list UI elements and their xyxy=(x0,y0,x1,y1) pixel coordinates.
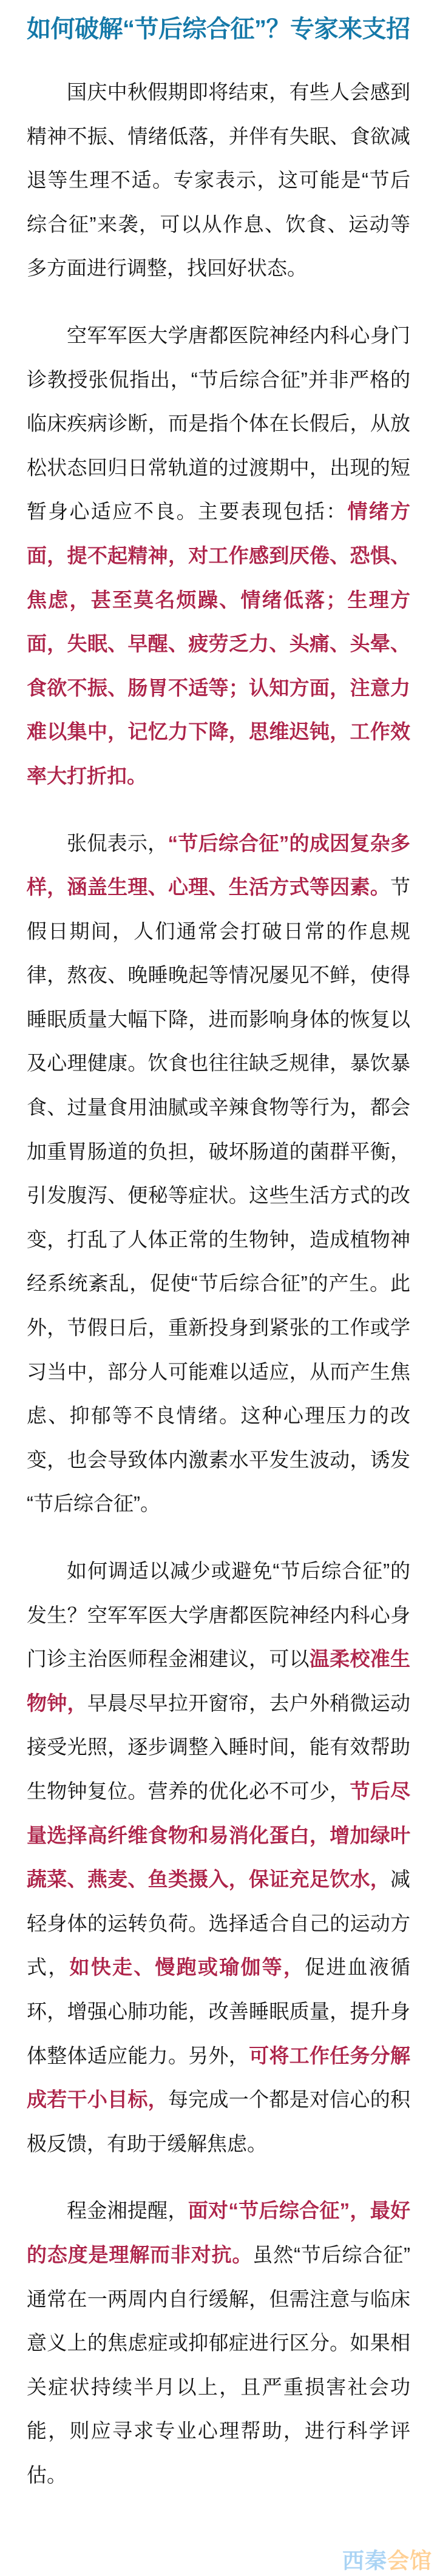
paragraph-reminder: 程金湘提醒，面对“节后综合征”，最好的态度是理解而非对抗。虽然“节后综合征”通常… xyxy=(27,2189,410,2497)
watermark-blue-text: 西秦 xyxy=(342,2548,387,2573)
text-run: 国庆中秋假期即将结束，有些人会感到精神不振、情绪低落，并伴有失眠、食欲减退等生理… xyxy=(27,81,410,279)
highlighted-text-run: 情绪方面，提不起精神，对工作感到厌倦、恐惧、焦虑，甚至莫名烦躁、情绪低落；生理方… xyxy=(27,500,410,787)
watermark-orange-text: 会馆 xyxy=(387,2548,432,2573)
text-run: 节假日期间，人们通常会打破日常的作息规律，熬夜、晚睡晚起等情况屡见不鲜，使得睡眠… xyxy=(27,876,410,1515)
watermark: 西秦会馆 xyxy=(342,2544,432,2575)
text-run: 虽然“节后综合征”通常在一两周内自行缓解，但需注意与临床意义上的焦虑症或抑郁症进… xyxy=(27,2243,410,2486)
text-run: 张侃表示， xyxy=(67,832,168,854)
text-run: 程金湘提醒， xyxy=(67,2199,188,2222)
paragraph-symptoms: 空军军医大学唐都医院神经内科心身门诊教授张侃指出，“节后综合征”并非严格的临床疾… xyxy=(27,314,410,799)
article-title: 如何破解“节后综合征”？专家来支招 xyxy=(27,13,410,45)
highlighted-text-run: 如快走、慢跑或瑜伽等， xyxy=(69,1956,305,1978)
paragraph-intro: 国庆中秋假期即将结束，有些人会感到精神不振、情绪低落，并伴有失眠、食欲减退等生理… xyxy=(27,70,410,291)
text-run: 空军军医大学唐都医院神经内科心身门诊教授张侃指出，“节后综合征”并非严格的临床疾… xyxy=(27,324,410,522)
article-body: 国庆中秋假期即将结束，有些人会感到精神不振、情绪低落，并伴有失眠、食欲减退等生理… xyxy=(27,70,410,2497)
paragraph-causes: 张侃表示，“节后综合征”的成因复杂多样，涵盖生理、心理、生活方式等因素。节假日期… xyxy=(27,822,410,1527)
paragraph-advice: 如何调适以减少或避免“节后综合征”的发生？空军军医大学唐都医院神经内科心身门诊主… xyxy=(27,1549,410,2166)
article-page: 如何破解“节后综合征”？专家来支招 国庆中秋假期即将结束，有些人会感到精神不振、… xyxy=(0,0,437,2576)
